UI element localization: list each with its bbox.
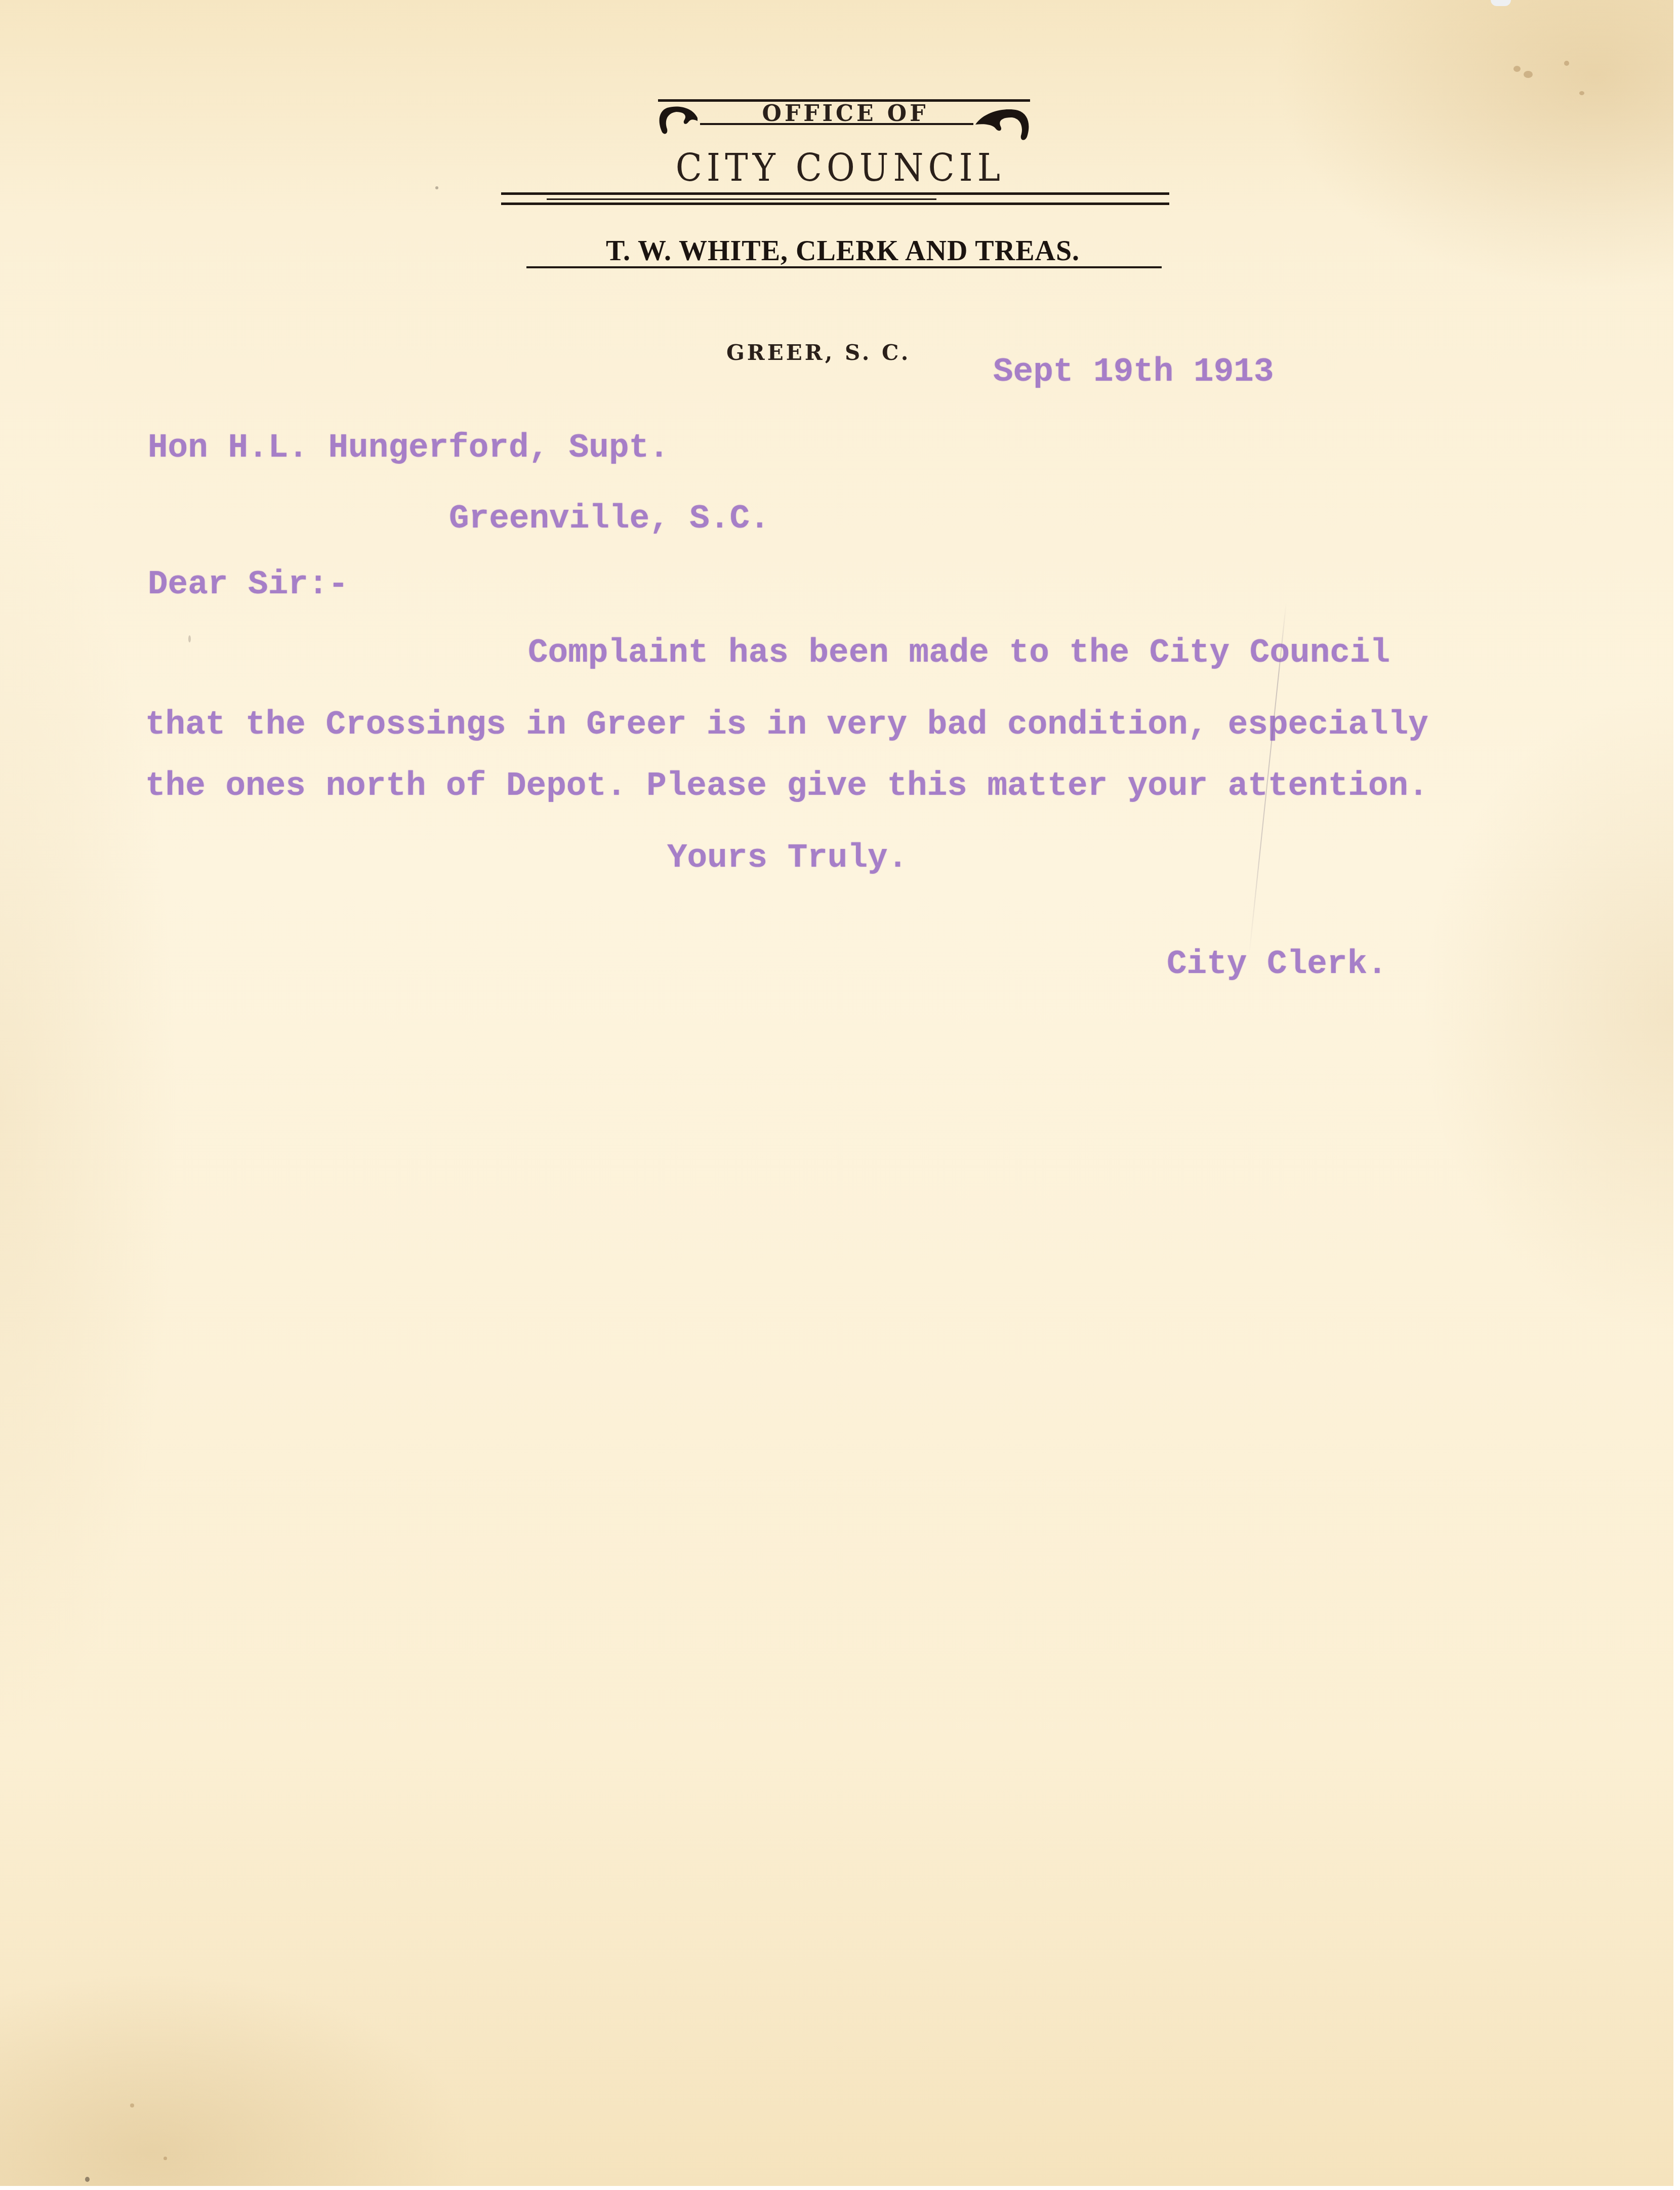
letterhead-double-rule-bottom [501,202,1169,205]
addressee-city: Greenville, S.C. [449,501,770,537]
paper-speck [188,635,191,642]
closing: Yours Truly. [667,840,908,876]
scroll-ornament-right-icon [974,107,1031,143]
scan-margin-right [1673,0,1680,2190]
letterhead-clerk: T. W. WHITE, CLERK AND TREAS. [524,236,1162,266]
letter-paper [0,0,1673,2186]
salutation: Dear Sir:- [148,567,348,602]
body-line: Complaint has been made to the City Coun… [528,635,1390,671]
scroll-ornament-left-icon [657,104,699,135]
letterhead-inner-rule [547,198,936,200]
scan-margin-bottom [0,2186,1680,2190]
paper-speck [163,2157,167,2160]
clerk-underline [526,266,1162,268]
paper-speck [1524,71,1533,78]
paper-speck [1579,91,1584,95]
letterhead-location: GREER, S. C. [726,340,952,366]
paper-speck [1564,61,1569,66]
addressee-name: Hon H.L. Hungerford, Supt. [148,430,669,466]
body-line: the ones north of Depot. Please give thi… [145,768,1428,804]
letterhead-office-of: OFFICE OF [716,101,974,127]
letter-date: Sept 19th 1913 [993,354,1274,390]
letterhead-organization: CITY COUNCIL [640,147,1040,189]
paper-speck [85,2177,90,2182]
paper-speck [1513,66,1521,72]
paper-speck [435,186,438,189]
paper-notch [1491,0,1511,6]
paper-speck [130,2103,134,2107]
body-line: that the Crossings in Greer is in very b… [145,707,1428,743]
signature: City Clerk. [1167,947,1387,982]
letterhead-double-rule-top [501,192,1169,195]
